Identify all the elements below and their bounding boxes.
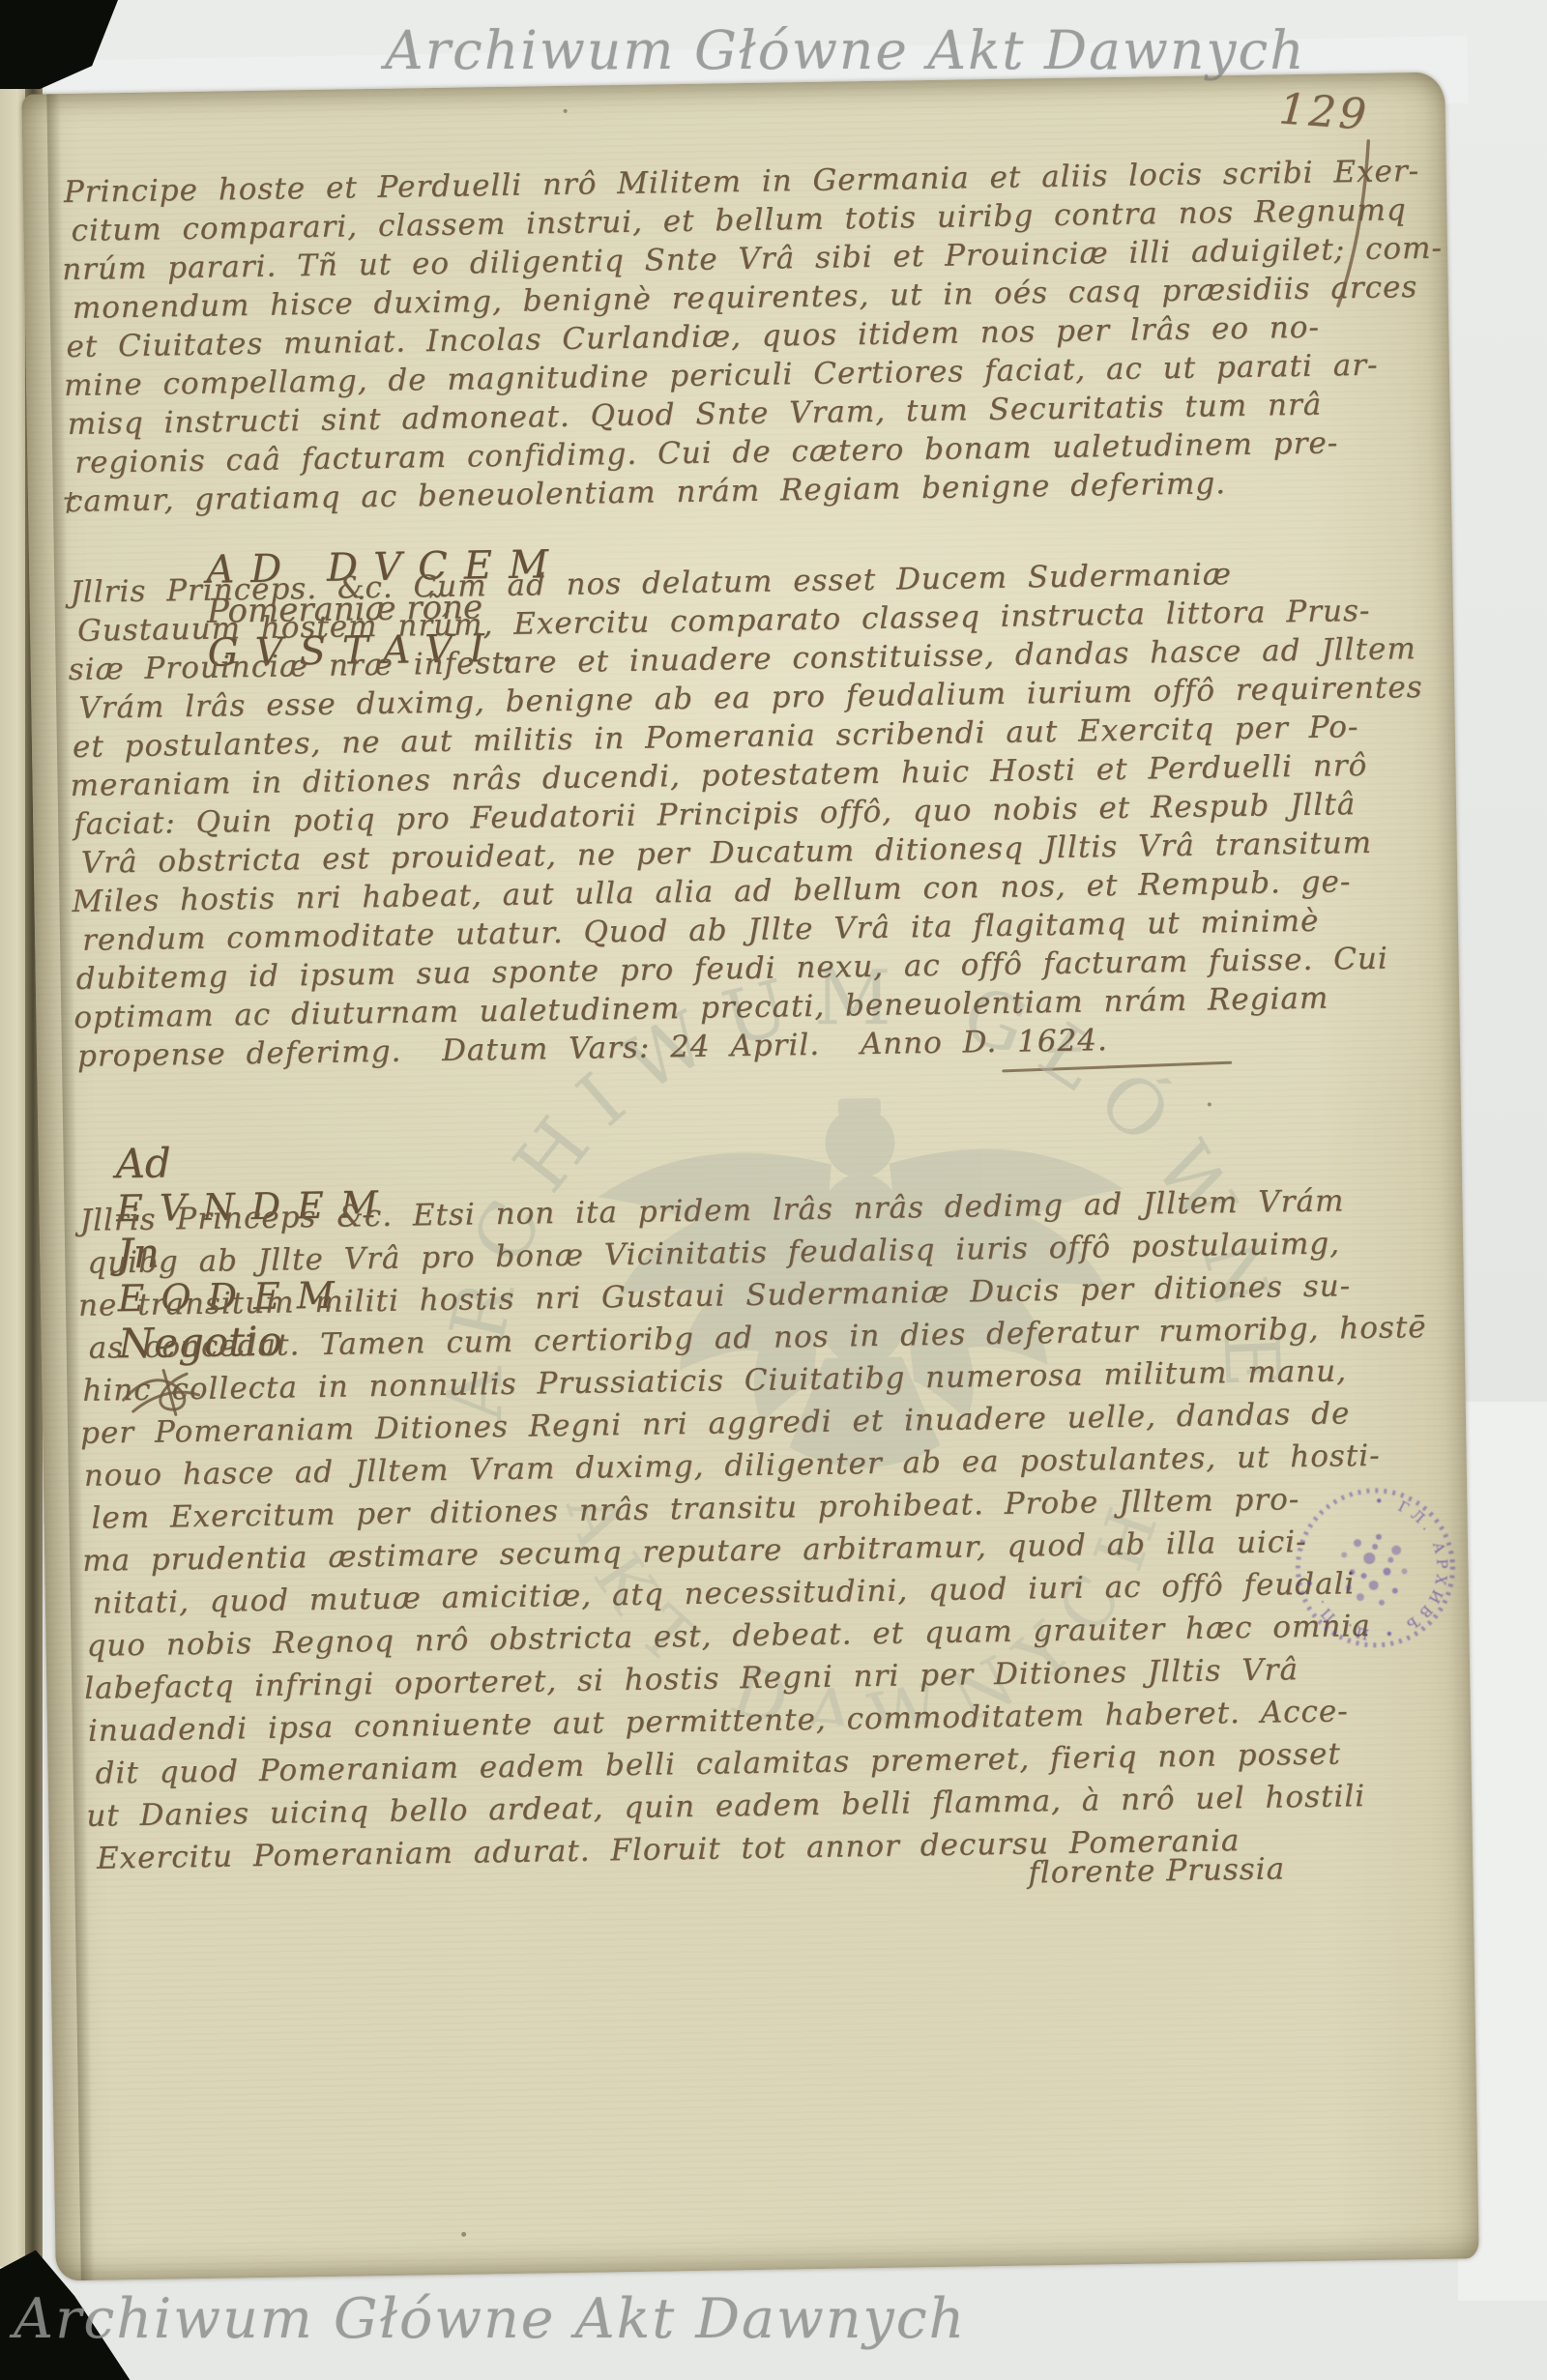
archive-watermark-bottom: Archiwum Główne Akt Dawnych [14, 2287, 966, 2351]
archive-watermark-top: Archiwum Główne Akt Dawnych [385, 19, 1306, 81]
ink-speck [461, 2232, 466, 2237]
signoff-florente-prussia: florente Prussia [1028, 1851, 1285, 1890]
margin-insertion-mark: † [63, 488, 75, 517]
paragraph-2: Jllris Princeps. &c. Cum ad nos delatum … [70, 554, 1428, 1078]
heading2-ad: Ad [115, 1139, 171, 1187]
page-number: 129 [1277, 84, 1370, 140]
paragraph-1: Principe hoste et Perduelli nrô Militem … [64, 154, 1446, 523]
purple-archive-stamp-icon: • ГЛ. АРХИВЪ • Ц. П. • [1289, 1482, 1462, 1655]
paragraph-3: Jllris Princeps &c. Etsi non ita pridem … [79, 1182, 1435, 1884]
manuscript-page: ARCHIWUM GŁÓWNE AKT DAWNYCH 129 Principe… [21, 73, 1478, 2281]
ink-speck [564, 109, 568, 113]
